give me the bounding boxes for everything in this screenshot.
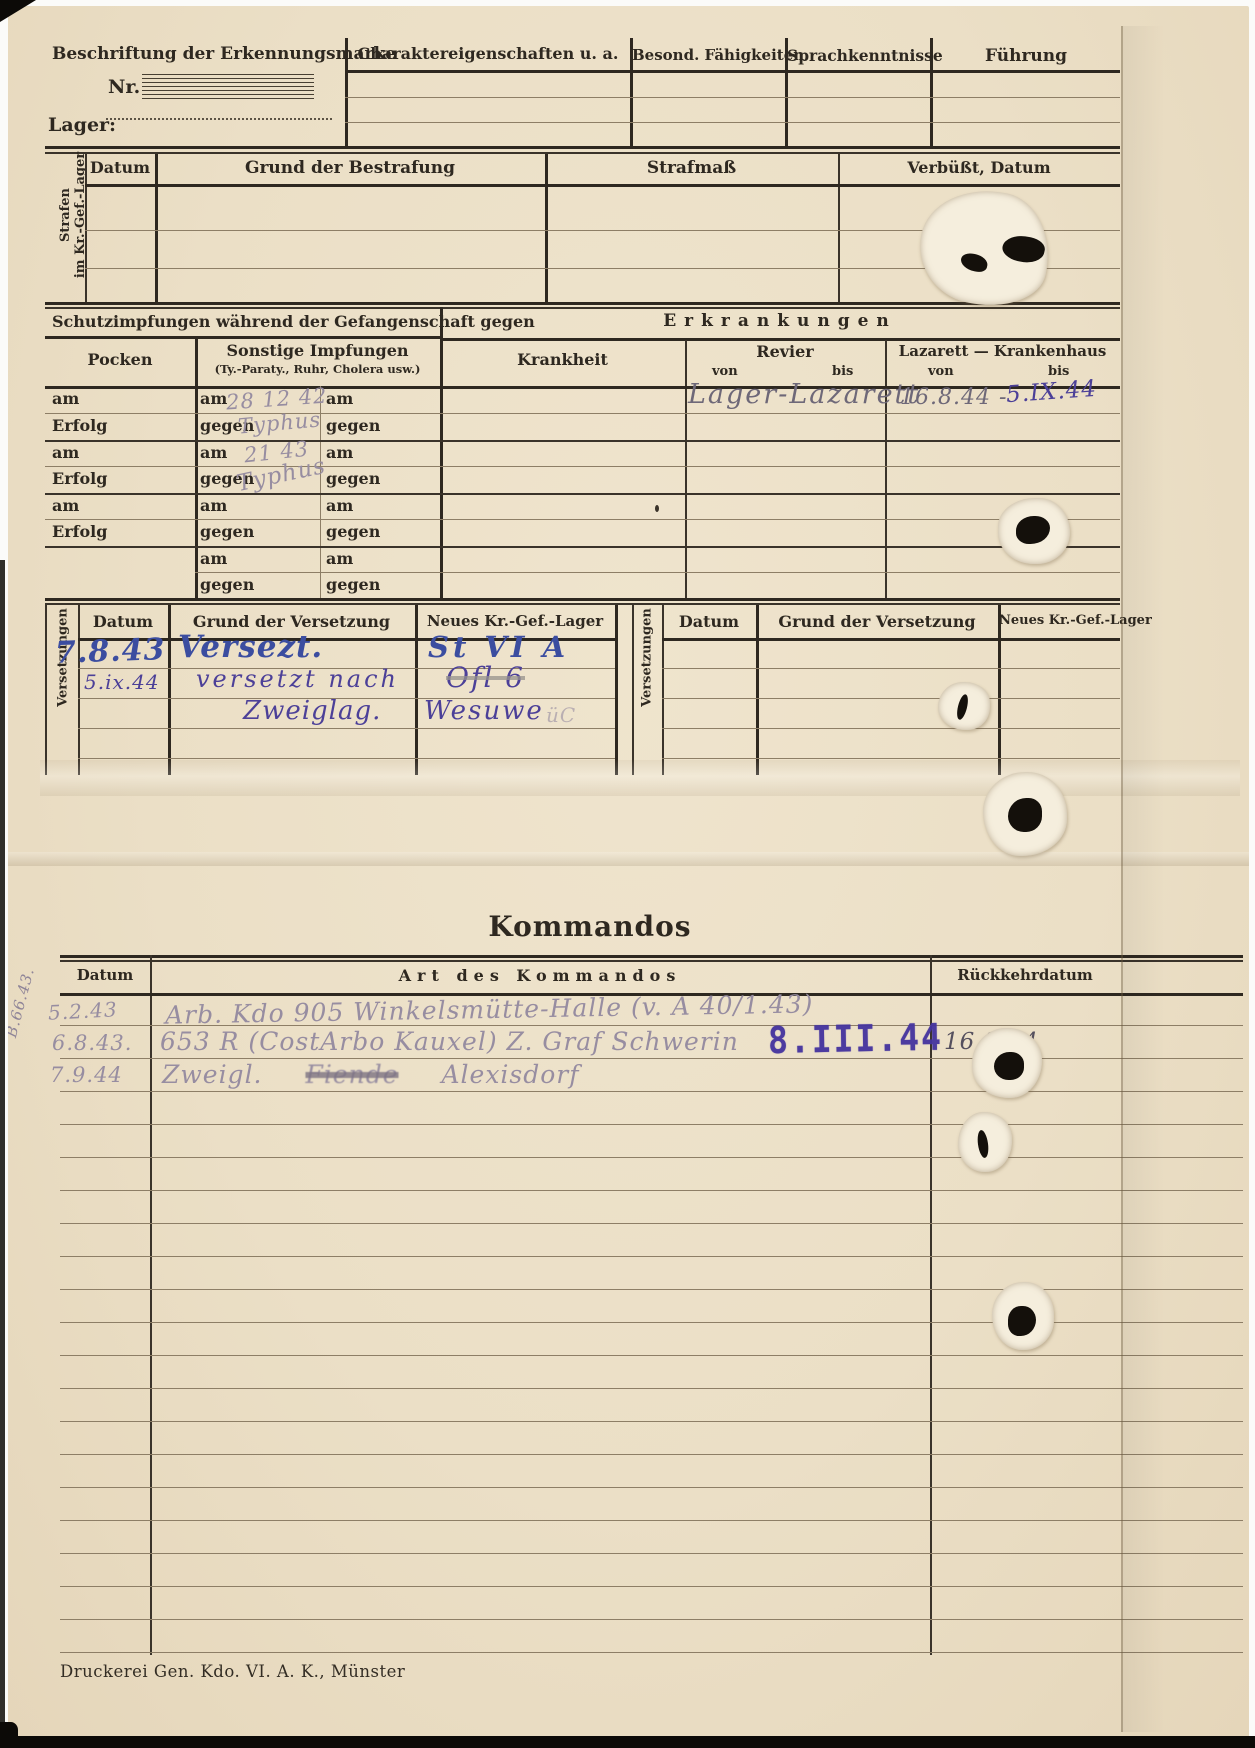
hole-core xyxy=(994,1052,1024,1080)
grid-line xyxy=(45,519,1120,520)
hw-kdo-art-3: Zweigl. Fiende Alexisdorf xyxy=(162,1060,580,1089)
nr-ruled-field xyxy=(142,74,314,101)
hw-kdo-datum-1: 5.2.43 xyxy=(47,997,118,1025)
paper-hole xyxy=(972,1028,1042,1098)
crease-shadow xyxy=(1123,26,1243,1732)
vers2-col-datum: Datum xyxy=(663,612,755,631)
grid-line xyxy=(78,758,615,759)
vers2-col-grund: Grund der Versetzung xyxy=(758,612,996,631)
hw-kdo-art-2: 653 R (CostArbo Kauxel) Z. Graf Schwerin xyxy=(160,1027,739,1056)
grid-line xyxy=(345,70,1120,73)
grid-line xyxy=(60,960,1243,962)
erk-laz-von: von xyxy=(928,364,954,379)
hole-core xyxy=(959,251,989,273)
hole-core xyxy=(1016,516,1050,544)
grid-line xyxy=(78,728,615,729)
col-header-sprachen: Sprachkenntnisse xyxy=(787,46,928,65)
impf-col-pocken: Pocken xyxy=(46,350,194,369)
impf-cell: am xyxy=(200,549,227,568)
scan-margin xyxy=(0,0,1255,6)
printer-imprint: Druckerei Gen. Kdo. VI. A. K., Münster xyxy=(60,1662,405,1681)
erk-col-krankheit: Krankheit xyxy=(442,350,683,369)
hw-kdo-art-3-struck: Fiende xyxy=(305,1060,398,1089)
grid-line xyxy=(662,638,1120,641)
paper-hole xyxy=(998,498,1070,564)
impf-cell: Erfolg xyxy=(52,522,107,541)
impf-cell: am xyxy=(200,443,227,462)
hw-vers-lager-3: Wesuwe xyxy=(424,696,544,726)
strafen-side-label-1: Strafen xyxy=(58,188,73,242)
impf-cell: gegen xyxy=(326,575,380,594)
kommandos-title: Kommandos xyxy=(60,910,1120,943)
grid-line xyxy=(45,302,1120,305)
grid-line xyxy=(662,668,1120,669)
grid-line xyxy=(45,307,1120,309)
kdo-col-art: Art des Kommandos xyxy=(152,966,928,985)
hw-vers-grund-1: Versezt. xyxy=(178,629,323,665)
impf-cell: gegen xyxy=(326,522,380,541)
kdo-col-rueckkehr: Rückkehrdatum xyxy=(932,966,1118,984)
grid-line xyxy=(45,598,1120,601)
vers2-col-lager: Neues Kr.-Gef.-Lager xyxy=(999,613,1120,628)
scan-edge-bottom xyxy=(0,1736,1255,1748)
grid-line xyxy=(45,336,440,339)
impf-col-sonstige: Sonstige Impfungen xyxy=(197,341,438,360)
paper-hole xyxy=(983,772,1067,856)
grid-line xyxy=(662,758,1120,759)
impf-col-sonstige-sub: (Ty.-Paraty., Ruhr, Cholera usw.) xyxy=(197,362,438,376)
fold-crease xyxy=(0,852,1255,866)
grid-line xyxy=(45,146,1120,149)
date-stamp: 8.III.44 xyxy=(768,1015,944,1062)
strafen-col-strafmass: Strafmaß xyxy=(547,158,836,178)
versetzungen-side-label-right: Versetzungen xyxy=(640,603,655,713)
impf-cell: am xyxy=(52,443,79,462)
impf-cell: gegen xyxy=(200,575,254,594)
hw-vers-lager-2: Ofl 6 xyxy=(446,661,525,694)
grid-line xyxy=(998,605,1001,775)
hw-vers-grund-3: Zweiglag. xyxy=(243,696,381,726)
scan-margin xyxy=(1249,0,1255,1748)
scan-edge-corner xyxy=(0,1722,18,1742)
impf-cell: am xyxy=(52,496,79,515)
impf-cell: am xyxy=(200,389,227,408)
grid-line xyxy=(45,440,1120,442)
hw-kdo-datum-2: 6.8.43. xyxy=(52,1031,132,1055)
hw-vers-lager-1: St VI A xyxy=(428,630,569,664)
strafen-col-verbuesst: Verbüßt, Datum xyxy=(840,158,1118,177)
ruled-lines xyxy=(60,993,1243,1655)
impf-cell: am xyxy=(326,443,353,462)
erk-revier-von: von xyxy=(712,364,738,379)
scan-edge-corner xyxy=(0,0,36,22)
strafen-side-label: Strafen im Kr.-Gef.-Lager xyxy=(58,150,88,280)
hole-core xyxy=(1000,232,1046,266)
erk-col-revier: Revier xyxy=(687,342,883,361)
grid-line xyxy=(662,698,1120,699)
hw-kdo-art-3-prefix: Zweigl. xyxy=(162,1060,263,1089)
paper-hole xyxy=(938,682,990,730)
grid-line xyxy=(45,546,1120,548)
lager-dotted-line xyxy=(106,118,332,120)
hole-core xyxy=(976,1129,990,1158)
impf-cell: gegen xyxy=(326,469,380,488)
grid-line xyxy=(45,152,1120,154)
grid-line xyxy=(632,605,634,775)
grid-line xyxy=(345,122,1120,123)
grid-line xyxy=(415,605,418,775)
paper-hole xyxy=(992,1282,1054,1350)
id-tag-heading: Beschriftung der Erkennungsmarke xyxy=(52,44,342,64)
grid-line xyxy=(45,493,1120,495)
hw-vers-lager-3-note: üC xyxy=(546,703,576,727)
hw-kdo-art-3-suffix: Alexisdorf xyxy=(441,1060,579,1089)
grid-line xyxy=(85,184,1120,187)
impf-cell: am xyxy=(326,496,353,515)
hw-vers-grund-2: versetzt nach xyxy=(196,665,399,693)
paper-hole xyxy=(958,1112,1012,1172)
grid-line xyxy=(440,338,1120,341)
erk-laz-bis: bis xyxy=(1048,364,1069,379)
grid-line xyxy=(345,97,1120,98)
impf-cell: am xyxy=(326,549,353,568)
hw-erk-laz-von: 16.8.44 - xyxy=(900,385,1007,410)
hw-kdo-datum-3: 7.9.44 xyxy=(50,1063,123,1087)
col-header-eigenschaften: Charaktereigenschaften u. a. xyxy=(348,44,628,63)
scanned-pow-record-card: Beschriftung der Erkennungsmarke Nr. Lag… xyxy=(0,0,1255,1748)
impf-cell: Erfolg xyxy=(52,469,107,488)
hw-vers-datum-1: 7.8.43 xyxy=(54,632,166,671)
hole-core xyxy=(1008,798,1042,832)
grid-line xyxy=(685,340,687,598)
impf-cell: am xyxy=(326,389,353,408)
grid-line xyxy=(662,728,1120,729)
col-header-fuehrung: Führung xyxy=(932,46,1120,66)
vers-col-datum: Datum xyxy=(79,612,167,631)
nr-label: Nr. xyxy=(108,76,140,98)
impf-cell: am xyxy=(52,389,79,408)
hole-core xyxy=(955,693,970,720)
impf-cell: am xyxy=(200,496,227,515)
hw-erk-revier: Lager-Lazarett xyxy=(688,379,920,410)
grid-line xyxy=(60,955,1243,958)
grid-line xyxy=(45,605,47,775)
strafen-col-grund: Grund der Bestrafung xyxy=(157,158,543,178)
kdo-col-datum: Datum xyxy=(61,966,149,984)
strafen-col-datum: Datum xyxy=(86,158,154,177)
scan-edge-left xyxy=(0,560,5,1740)
col-header-faehigkeiten: Besond. Fähigkeiten xyxy=(632,46,783,64)
hw-vers-datum-2: 5.ix.44 xyxy=(84,670,160,694)
erk-col-lazarett: Lazarett — Krankenhaus xyxy=(887,342,1118,360)
impf-cell: gegen xyxy=(326,416,380,435)
vers-col-lager: Neues Kr.-Gef.-Lager xyxy=(417,612,613,630)
impf-cell: gegen xyxy=(200,522,254,541)
impf-cell: Erfolg xyxy=(52,416,107,435)
grid-line xyxy=(45,413,1120,414)
ink-speck xyxy=(655,505,659,512)
erkrankungen-header: Erkrankungen xyxy=(442,311,1118,331)
erk-revier-bis: bis xyxy=(832,364,853,379)
grid-line xyxy=(45,466,1120,467)
grid-line xyxy=(615,605,618,775)
grid-line xyxy=(45,603,1120,605)
grid-line xyxy=(195,572,1120,573)
hole-core xyxy=(1008,1306,1036,1336)
